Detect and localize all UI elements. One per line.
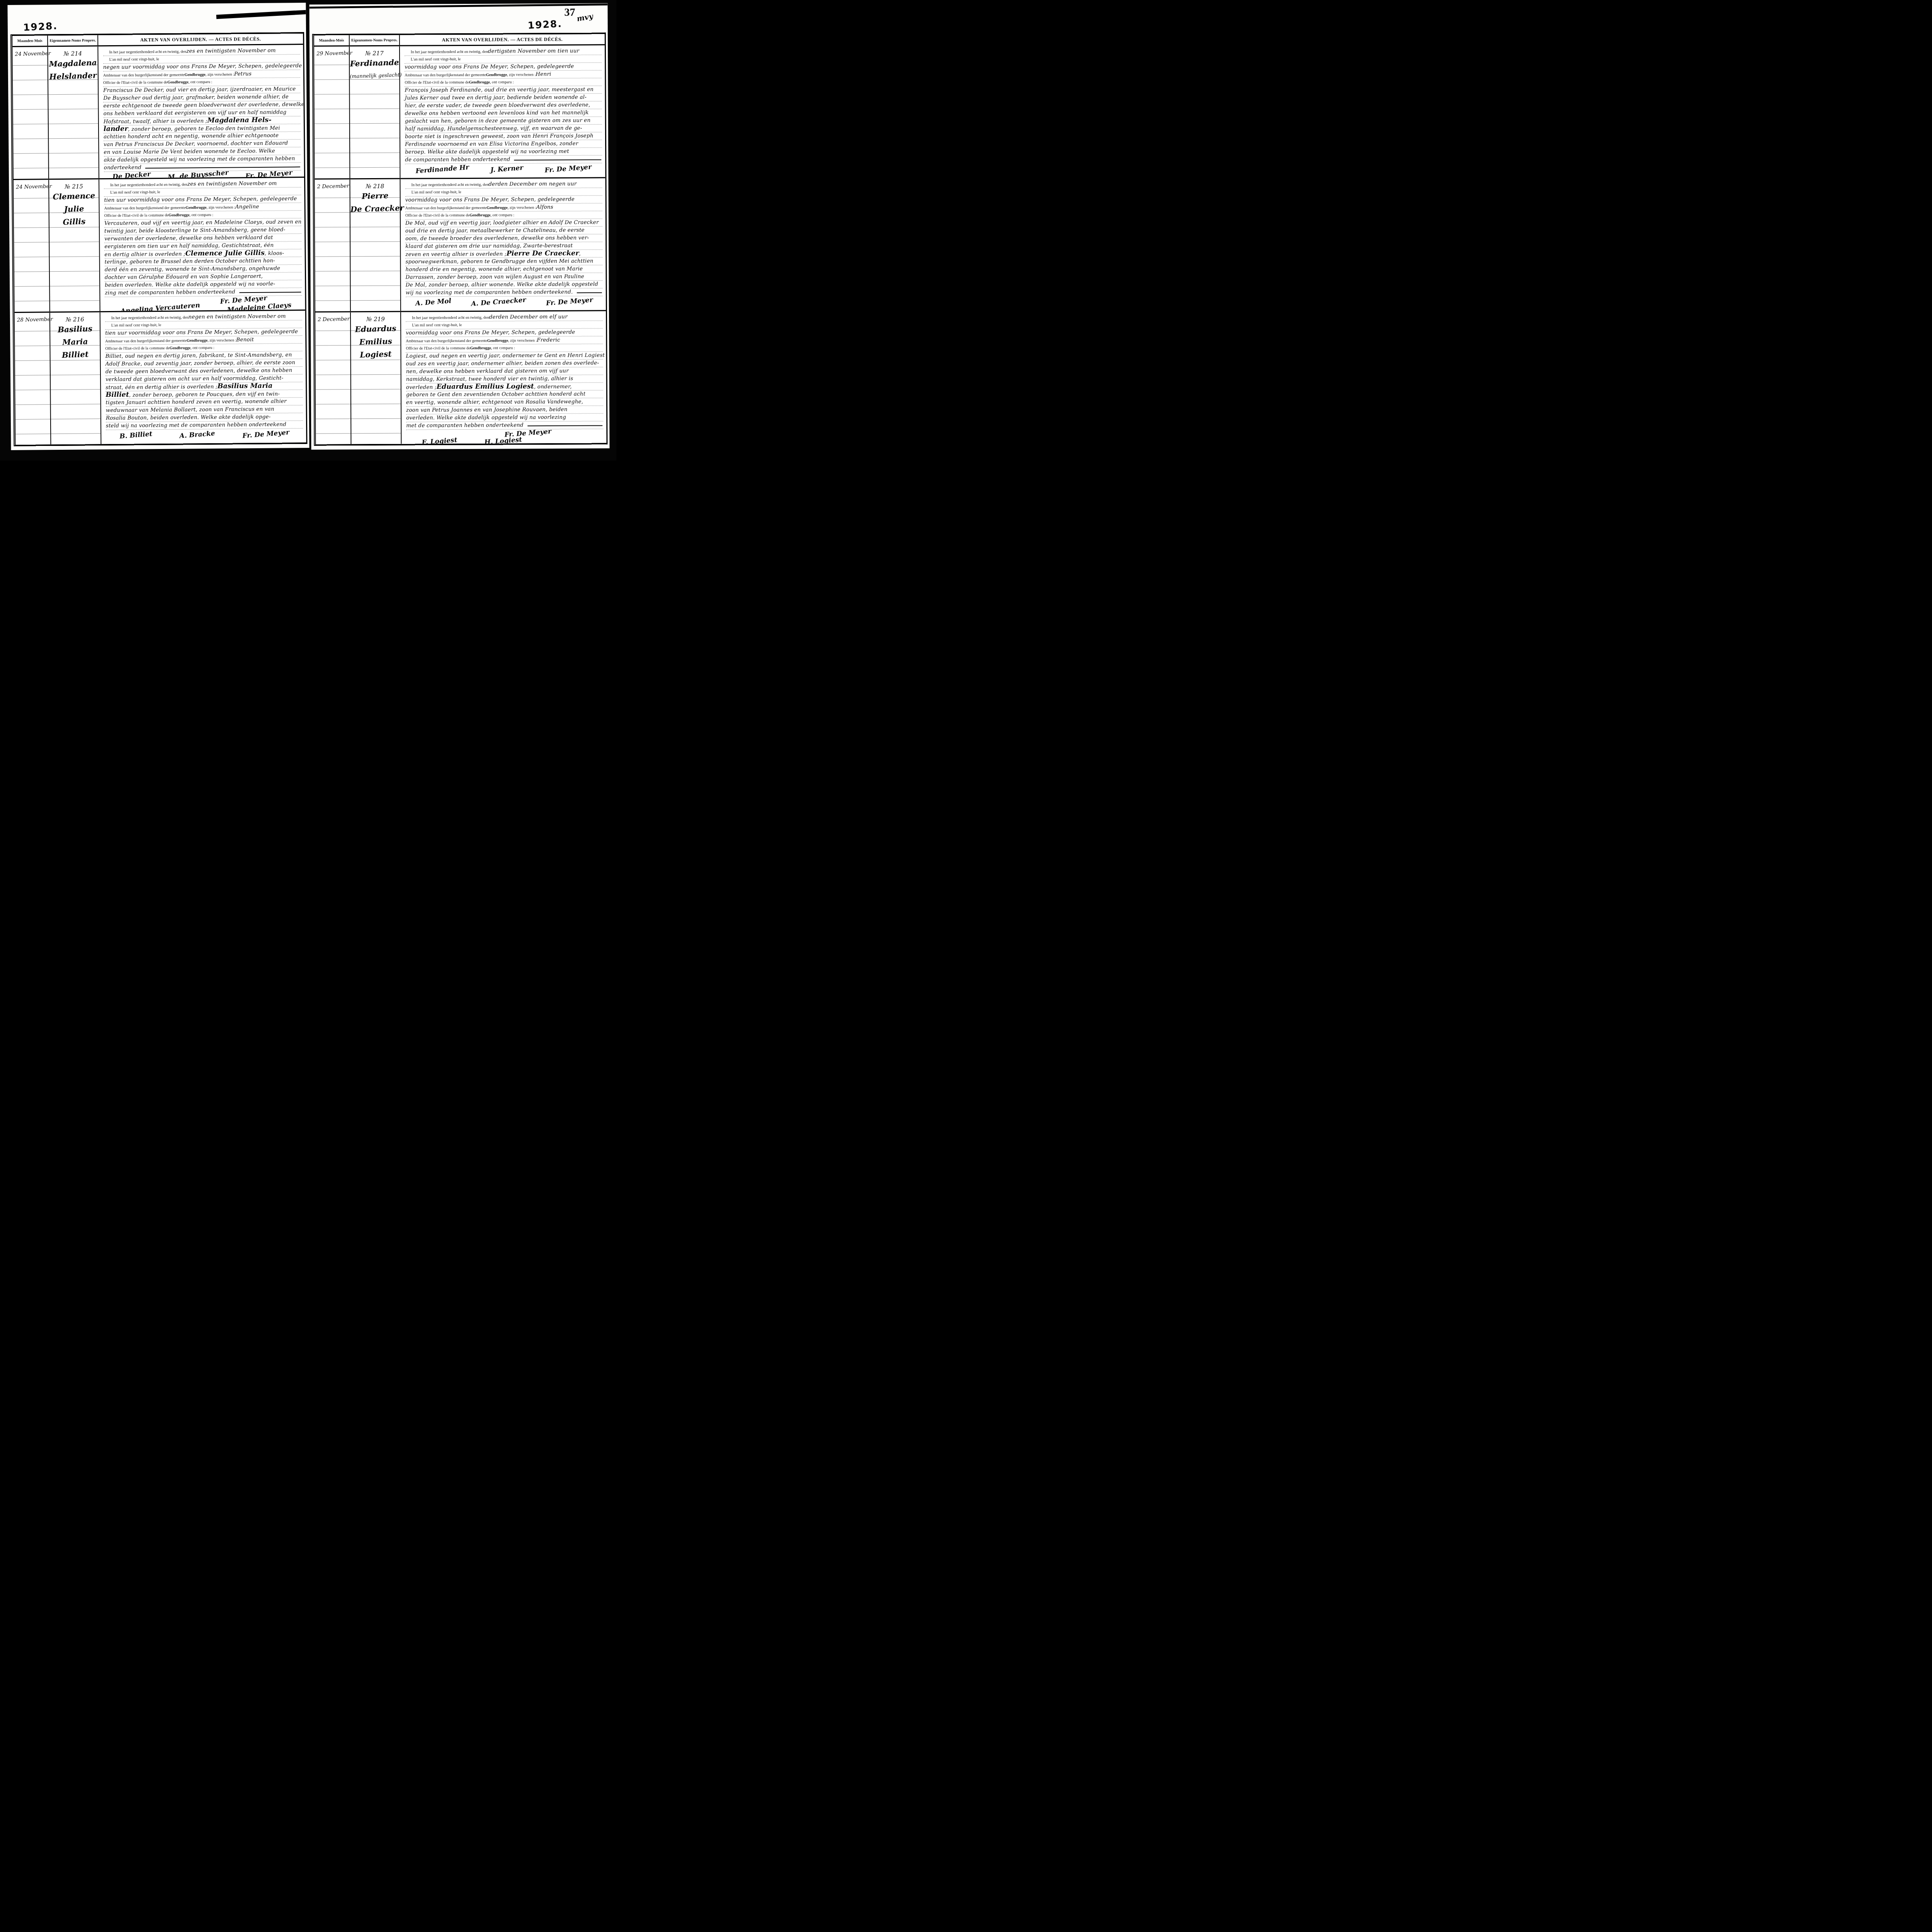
handwritten-text: honderd drie en negentig, wonende alhier… [405, 265, 583, 274]
act-line: dewelke ons hebben vertoond een levenloo… [405, 109, 602, 117]
handwritten-text: geslacht van hen, geboren in deze gemeen… [405, 117, 591, 125]
handwritten-text: tien uur voormiddag voor ons Frans De Me… [104, 195, 297, 204]
act-line: De Mol, oud vijf en veertig jaar, loodgi… [405, 219, 602, 227]
deceased-name: Julie [49, 202, 99, 216]
deceased-name: Pierre [350, 189, 400, 203]
handwritten-text: verwanten der overledene, dewelke ons he… [104, 234, 273, 243]
handwritten-text: en dertig alhier is overleden ; [104, 250, 185, 259]
printed-text: , ont comparu : [189, 78, 213, 86]
deceased-name: Eduardus [351, 322, 401, 336]
handwritten-text: spoorwegwerkman, geboren te Gendbrugge d… [405, 257, 593, 265]
act-text: In het jaar negentienhonderd acht en twi… [98, 45, 304, 178]
handwritten-text: negen uur voormiddag voor ons Frans De M… [103, 62, 302, 71]
act-entry: 29 November№ 217Ferdinande(mannelijk ges… [314, 45, 605, 179]
printed-text: , ont comparu : [491, 344, 515, 352]
handwritten-text: Jules Kerner oud twee en dertig jaar, be… [405, 94, 587, 102]
handwritten-text: Darrassen, zonder beroep, zoon van wijle… [406, 273, 584, 281]
handwritten-text: met de comparanten hebben onderteekend [406, 422, 524, 429]
deceased-name: Gillis [49, 215, 99, 229]
act-number: № 217 [350, 49, 399, 57]
act-line: L'an mil neuf cent vingt-huit, le [405, 188, 602, 196]
closing-rule [527, 425, 602, 426]
handwritten-text: akte dadelijk opgesteld wij na voorlezin… [104, 155, 295, 164]
name-column: № 219EduardusEmiliusLogiest [351, 312, 401, 444]
entry-date: 24 November [12, 49, 47, 57]
handwritten-text: oom, de tweede broeder des overledenen, … [405, 235, 589, 243]
handwritten-text: twintig jaar, beide kloosterlinge te Sin… [104, 226, 286, 235]
printed-text: In het jaar negentienhonderd acht en twi… [411, 48, 488, 56]
closing-rule [239, 291, 301, 293]
handwritten-text: Petrus [234, 70, 252, 78]
handwritten-text: zes en twintigsten November om [186, 47, 276, 55]
handwritten-text: voormiddag voor ons Frans De Meyer, Sche… [406, 329, 575, 337]
act-line: oud zes en veertig jaar, ondernemer alhi… [406, 359, 603, 368]
name-column: № 216BasiliusMariaBilliet [50, 312, 102, 444]
deceased-name: (mannelijk geslacht) [350, 69, 400, 83]
printed-text: Gendbrugge [469, 212, 490, 219]
handwritten-text: Frederic [537, 337, 560, 344]
handwritten-text: derden December om negen uur [488, 180, 577, 188]
deceased-name: Ferdinande [350, 56, 400, 70]
column-header-names: Eigennamen-Noms Propres. [350, 35, 400, 46]
deceased-name: Magdalena [48, 56, 98, 71]
printed-text: Officier de l'Etat-civil de la commune d… [406, 345, 470, 352]
handwritten-text: Rosalia Bouton, beiden overleden. Welke … [106, 413, 271, 422]
signature-row: A. De MolA. De CraeckerFr. De Meyer [406, 296, 603, 307]
act-number: № 218 [350, 182, 400, 190]
closing-rule [145, 166, 300, 168]
printed-text: Officier de l'Etat-civil de la commune d… [105, 345, 169, 352]
signature: J. Kerner [490, 164, 524, 174]
handwritten-text: dertigsten November om tien uur [488, 48, 580, 55]
handwritten-text: derden December om elf uur [489, 313, 568, 321]
register-table-right: Maanden-Mois Eigennamen-Noms Propres. AK… [312, 32, 608, 446]
act-line: Officier de l'Etat-civil de la commune d… [405, 78, 602, 87]
handwritten-text: Clemence Julie Gillis [185, 250, 265, 258]
printed-text: In het jaar negentienhonderd acht en twi… [411, 181, 488, 189]
printed-text: L'an mil neuf cent vingt-huit, le [412, 189, 461, 196]
handwritten-text: de comparanten hebben onderteekend [405, 156, 510, 163]
act-line: Officier de l'Etat-civil de la commune d… [406, 344, 603, 352]
signature: B. Billiet [119, 430, 153, 440]
act-text: In het jaar negentienhonderd acht en twi… [401, 311, 606, 444]
printed-text: In het jaar negentienhonderd acht en twi… [109, 48, 186, 56]
month-column: 28 November [15, 313, 51, 445]
handwritten-text: Angeline [235, 203, 259, 211]
printed-text: Gendbrugge [487, 337, 508, 344]
act-line: François Joseph Ferdinande, oud drie en … [405, 86, 602, 94]
handwritten-text: Hofstraat, twaalf, alhier is overleden ; [104, 117, 207, 126]
handwritten-text: dochter van Gérulphe Edouard en van Soph… [105, 273, 263, 281]
handwritten-text: Eduardus Emilius Logiest [437, 383, 534, 391]
act-entry: 2 December№ 218PierreDe CraeckerIn het j… [315, 178, 605, 312]
entry-date: 2 December [315, 182, 349, 190]
act-entry: 2 December№ 219EduardusEmiliusLogiestIn … [315, 311, 606, 444]
act-text: In het jaar negentienhonderd acht en twi… [99, 178, 305, 311]
signature-row: Fr. De Meyer [406, 429, 603, 437]
handwritten-text: hier, de eerste vader, de tweede geen bl… [405, 102, 590, 110]
handwritten-text: boorte niet is ingeschreven geweest, zoo… [405, 132, 594, 140]
act-line: Ambtenaar van den burgerlijkenstand der … [405, 70, 602, 79]
act-line: oom, de tweede broeder des overledenen, … [405, 234, 602, 243]
handwritten-text: zes en twintigsten November om [187, 180, 277, 188]
handwritten-text: Franciscus De Decker, oud vier en dertig… [103, 85, 296, 94]
name-column: № 217Ferdinande(mannelijk geslacht) [350, 46, 400, 179]
printed-text: Gendbrugge [486, 204, 507, 211]
act-line: de comparanten hebben onderteekend [405, 155, 602, 164]
printed-text: L'an mil neuf cent vingt-huit, le [110, 189, 160, 196]
name-column: № 214MagdalenaHelslander [48, 46, 99, 179]
act-line: boorte niet is ingeschreven geweest, zoo… [405, 132, 602, 141]
handwritten-text: voormiddag voor ons Frans De Meyer, Sche… [405, 196, 575, 204]
printed-text: Gendbrugge [170, 344, 190, 352]
printed-text: In het jaar negentienhonderd acht en twi… [111, 314, 189, 322]
signature: F. Logiest [422, 436, 457, 444]
signature-row: F. LogiestH. Logiest [406, 437, 603, 444]
printed-text: , zijn verschenen : [508, 204, 536, 211]
act-line: namiddag, Kerkstraat, twee honderd vier … [406, 375, 603, 383]
handwritten-text: , ondernemer, [534, 383, 572, 391]
signature-row: B. BillietA. BrackeFr. De Meyer [106, 429, 303, 440]
printed-text: , zijn verschenen : [508, 337, 537, 344]
printed-text: L'an mil neuf cent vingt-huit, le [412, 321, 462, 329]
handwritten-text: lander [104, 126, 128, 133]
deceased-name: Clemence [49, 189, 99, 204]
handwritten-text: Ferdinande voornoemd en van Elisa Victor… [405, 140, 578, 148]
act-text: In het jaar negentienhonderd acht en twi… [100, 311, 306, 444]
act-line: geboren te Gent den zeventienden October… [406, 390, 603, 399]
printed-text: Gendbrugge [168, 211, 189, 219]
handwritten-text: Alfons [536, 204, 553, 211]
column-header-month: Maanden-Mois [12, 36, 48, 46]
act-line: voormiddag voor ons Frans De Meyer, Sche… [406, 328, 603, 337]
act-line: wij na voorlezing met de comparanten heb… [406, 288, 603, 297]
handwritten-text: straat, één en dertig alhier is overlede… [105, 383, 218, 391]
act-line: met de comparanten hebben onderteekend [406, 421, 603, 430]
handwritten-text: klaard dat gisteren om drie uur namiddag… [405, 242, 573, 250]
printed-text: , zijn verschenen : [206, 71, 234, 78]
act-line: In het jaar negentienhonderd acht en twi… [405, 180, 602, 189]
printed-text: , ont comparu : [490, 211, 514, 219]
month-column: 29 November [314, 46, 350, 178]
printed-text: Gendbrugge [469, 79, 490, 86]
entries-left: 24 November№ 214MagdalenaHelslanderIn he… [12, 45, 306, 445]
printed-text: Gendbrugge [470, 345, 491, 352]
printed-text: Gendbrugge [167, 78, 188, 86]
handwritten-text: beiden overleden. Welke akte dadelijk op… [105, 281, 275, 289]
act-line: In het jaar negentienhonderd acht en twi… [406, 313, 603, 321]
act-line: overleden. Welke akte dadelijk opgesteld… [406, 413, 603, 422]
page-right: 37 mvy 1928. Maanden-Mois Eigennamen-Nom… [309, 3, 609, 449]
handwritten-text: weduwnaar van Melania Bollaert, zoon van… [106, 406, 274, 414]
printed-text: L'an mil neuf cent vingt-huit, le [111, 321, 161, 329]
handwritten-text: De Buysscher oud dertig jaar, grafmaker,… [103, 93, 289, 102]
entries-right: 29 November№ 217Ferdinande(mannelijk ges… [314, 45, 606, 444]
printed-text: Ambtenaar van den burgerlijkenstand der … [103, 71, 185, 79]
act-entry: 28 November№ 216BasiliusMariaBillietIn h… [15, 311, 306, 445]
signature: Ferdinande Hr [415, 163, 469, 175]
printed-text: , ont comparu : [490, 78, 514, 86]
signature: Fr. De Meyer [242, 429, 290, 440]
act-line: spoorwegwerkman, geboren te Gendbrugge d… [405, 257, 602, 266]
handwritten-text: negen en twintigsten November om [188, 313, 286, 321]
act-line: L'an mil neuf cent vingt-huit, le [405, 55, 602, 63]
printed-text: Ambtenaar van den burgerlijkenstand der … [105, 337, 187, 345]
act-line: geslacht van hen, geboren in deze gemeen… [405, 117, 602, 125]
page-left: 1928. Maanden-Mois Eigennamen-Noms Propr… [7, 3, 309, 450]
printed-text: Gendbrugge [184, 71, 205, 78]
handwritten-text: half namiddag, Hundelgemschesteenweg, vi… [405, 125, 582, 133]
handwritten-text: voormiddag voor ons Frans De Meyer, Sche… [405, 63, 574, 71]
handwritten-text: nen, dewelke ons hebben verklaard dat gi… [406, 367, 569, 376]
handwritten-text: Logiest, oud negen en veertig jaar, onde… [406, 352, 605, 360]
handwritten-text: tigsten Januari achttien honderd zeven e… [106, 398, 287, 406]
signature: A. De Craecker [471, 296, 527, 308]
handwritten-text: zing met de comparanten hebben onderteek… [105, 288, 235, 297]
signature: A. De Mol [415, 297, 452, 307]
signature-row: Ferdinande HrJ. KernerFr. De Meyer [405, 163, 602, 174]
handwritten-text: oud drie en dertig jaar, metaalbewerker … [405, 227, 585, 235]
handwritten-text: De Mol, oud vijf en veertig jaar, loodgi… [405, 219, 599, 227]
act-line: zeven en veertig alhier is overleden ; P… [405, 250, 602, 258]
handwritten-text: overleden. Welke akte dadelijk opgesteld… [406, 414, 566, 422]
deceased-name: Maria [50, 335, 100, 349]
printed-text: , zijn verschenen : [207, 337, 236, 344]
act-line: Ambtenaar van den burgerlijkenstand der … [405, 203, 602, 212]
entry-date: 2 December [315, 315, 350, 323]
name-column: № 218PierreDe Craecker [350, 179, 401, 311]
handwritten-text: dewelke ons hebben vertoond een levenloo… [405, 109, 589, 117]
printed-text: Officier de l'Etat-civil de la commune d… [405, 212, 469, 219]
deceased-name: Basilius [50, 322, 100, 337]
column-header-month: Maanden-Mois [314, 35, 350, 45]
act-line: Ferdinande voornoemd en van Elisa Victor… [405, 140, 602, 148]
printed-text: Gendbrugge [185, 204, 206, 211]
act-number: № 219 [351, 315, 400, 323]
act-line: hier, de eerste vader, de tweede geen bl… [405, 101, 602, 110]
printed-text: Ambtenaar van den burgerlijkenstand der … [405, 71, 486, 79]
printed-text: Ambtenaar van den burgerlijkenstand der … [104, 204, 186, 212]
printed-text: , zijn verschenen : [206, 204, 235, 211]
act-line: Logiest, oud negen en veertig jaar, onde… [406, 352, 603, 360]
act-line: oud drie en dertig jaar, metaalbewerker … [405, 226, 602, 235]
signature: Fr. De Meyer [546, 296, 593, 307]
handwritten-text: van Petrus Franciscus De Decker, voornoe… [104, 139, 288, 148]
entry-date: 24 November [14, 182, 48, 190]
handwritten-text: derd één en zeventig, wonende te Sint-Am… [105, 265, 280, 274]
year-stamp-right: 1928. [527, 18, 563, 31]
signature: H. Logiest [484, 436, 522, 444]
act-line: Ambtenaar van den burgerlijkenstand der … [406, 336, 603, 345]
act-line: nen, dewelke ons hebben verklaard dat gi… [406, 367, 603, 376]
table-title: AKTEN VAN OVERLIJDEN. — ACTES DE DÉCÈS. [98, 34, 303, 45]
month-column: 2 December [315, 179, 350, 311]
deceased-name: Helslander [48, 69, 98, 83]
handwritten-text: steld wij na voorlezing met de comparant… [106, 421, 286, 430]
act-line: beroep. Welke akte dadelijk opgesteld wi… [405, 148, 602, 156]
act-line: zoon van Petrus Joannes en van Josephine… [406, 406, 603, 414]
act-text: In het jaar negentienhonderd acht en twi… [400, 178, 605, 311]
printed-text: , ont comparu : [189, 211, 213, 219]
year-stamp-left: 1928. [23, 20, 58, 33]
closing-rule [577, 292, 602, 293]
printed-text: L'an mil neuf cent vingt-huit, le [109, 56, 159, 63]
handwritten-text: François Joseph Ferdinande, oud drie en … [405, 86, 594, 94]
printed-text: , zijn verschenen : [507, 71, 536, 78]
printed-text: Gendbrugge [486, 71, 507, 78]
table-header: Maanden-Mois Eigennamen-Noms Propres. AK… [314, 34, 605, 46]
act-line: Officier de l'Etat-civil de la commune d… [405, 211, 602, 219]
printed-text: Officier de l'Etat-civil de la commune d… [104, 212, 168, 219]
handwritten-text: Benoit [236, 336, 254, 344]
act-line: De Mol, zonder beroep, alhier wonende. W… [406, 281, 603, 289]
printed-text: , ont comparu : [190, 344, 214, 352]
table-title: AKTEN VAN OVERLIJDEN. — ACTES DE DÉCÈS. [400, 34, 605, 45]
signature: A. Bracke [179, 429, 216, 440]
act-line: L'an mil neuf cent vingt-huit, le [406, 321, 603, 329]
printed-text: Ambtenaar van den burgerlijkenstand der … [406, 337, 487, 345]
register-scan: 1928. Maanden-Mois Eigennamen-Noms Propr… [0, 0, 616, 461]
deceased-name: De Craecker [350, 202, 400, 216]
printed-text: Officier de l'Etat-civil de la commune d… [405, 79, 469, 87]
act-line: overleden ; Eduardus Emilius Logiest, on… [406, 383, 603, 391]
act-entry: 24 November№ 214MagdalenaHelslanderIn he… [12, 45, 304, 180]
deceased-name: Logiest [351, 347, 401, 362]
handwritten-text: de tweede geen bloedverwant des overlede… [105, 367, 293, 376]
handwritten-text: geboren te Gent den zeventienden October… [406, 391, 586, 399]
handwritten-text: Pierre De Craecker [507, 250, 579, 258]
handwritten-text: tien uur voormiddag voor ons Frans De Me… [105, 328, 298, 337]
printed-text: Officier de l'Etat-civil de la commune d… [103, 79, 167, 87]
handwritten-text: overleden ; [406, 384, 437, 391]
deceased-name: Emilius [351, 335, 401, 349]
handwritten-text: en veertig, wonende alhier, echtgenoot v… [406, 398, 583, 406]
act-line: voormiddag voor ons Frans De Meyer, Sche… [405, 63, 602, 71]
printed-text: In het jaar negentienhonderd acht en twi… [110, 181, 187, 189]
handwritten-text: Adolf Bracke, oud zeventig jaar, zonder … [105, 359, 295, 368]
printed-text: In het jaar negentienhonderd acht en twi… [412, 314, 489, 322]
act-line: Darrassen, zonder beroep, zoon van wijle… [406, 273, 603, 281]
handwritten-text: terlinge, geboren te Brussel den derden … [105, 257, 275, 266]
act-line: Jules Kerner oud twee en dertig jaar, be… [405, 94, 602, 102]
closing-rule [514, 159, 602, 160]
month-column: 2 December [315, 312, 351, 444]
handwritten-text: De Mol, zonder beroep, alhier wonende. W… [406, 281, 599, 289]
entry-date: 28 November [15, 315, 49, 323]
signature: De Decker [112, 170, 151, 180]
handwritten-text: , kloos- [265, 250, 284, 257]
corner-paraph: mvy [576, 12, 594, 23]
handwritten-text: , [579, 250, 581, 258]
handwritten-text: oud zes en veertig jaar, ondernemer alhi… [406, 359, 599, 367]
act-text: In het jaar negentienhonderd acht en twi… [400, 45, 605, 178]
column-header-names: Eigennamen-Noms Propres. [48, 35, 98, 46]
printed-text: Ambtenaar van den burgerlijkenstand der … [405, 204, 487, 212]
handwritten-text: Billiet, oud negen en dertig jaren, fabr… [105, 351, 292, 360]
act-line: In het jaar negentienhonderd acht en twi… [405, 47, 602, 56]
page-number: 37 [565, 7, 575, 19]
handwritten-text: zoon van Petrus Joannes en van Josephine… [406, 406, 568, 414]
act-line: honderd drie en negentig, wonende alhier… [405, 265, 602, 274]
handwritten-text: wij na voorlezing met de comparanten heb… [406, 289, 573, 297]
handwritten-text: Basilius Maria [218, 383, 273, 390]
printed-text: L'an mil neuf cent vingt-huit, le [411, 56, 461, 63]
month-column: 24 November [12, 47, 49, 179]
handwritten-text: Vercauteren, oud vijf en veertig jaar, e… [104, 218, 302, 227]
scan-artifact [216, 10, 309, 19]
handwritten-text: zeven en veertig alhier is overleden ; [405, 250, 506, 258]
handwritten-text: en van Louise Marie De Vent beiden wonen… [104, 148, 275, 156]
printed-text: Gendbrugge [187, 337, 207, 344]
act-entry: 24 November№ 215ClemenceJulieGillisIn he… [14, 178, 305, 313]
handwritten-text: Magdalena Hels- [207, 117, 271, 124]
handwritten-text: Billiet [105, 391, 129, 399]
handwritten-text: onderteekend [104, 164, 141, 172]
month-column: 24 November [14, 180, 50, 312]
act-line: voormiddag voor ons Frans De Meyer, Sche… [405, 196, 602, 204]
act-line: half namiddag, Hundelgemschesteenweg, vi… [405, 124, 602, 133]
act-line: en veertig, wonende alhier, echtgenoot v… [406, 398, 603, 406]
signature: Fr. De Meyer [544, 163, 592, 174]
deceased-name: Billiet [50, 348, 100, 362]
handwritten-text: Henri [536, 71, 551, 78]
handwritten-text: namiddag, Kerkstraat, twee honderd vier … [406, 375, 573, 383]
entry-date: 29 November [314, 49, 349, 57]
name-column: № 215ClemenceJulieGillis [49, 179, 100, 311]
register-table-left: Maanden-Mois Eigennamen-Noms Propres. AK… [10, 32, 307, 446]
handwritten-text: beroep. Welke akte dadelijk opgesteld wi… [405, 148, 569, 156]
handwritten-text: achttien honderd acht en negentig, wonen… [104, 132, 279, 141]
